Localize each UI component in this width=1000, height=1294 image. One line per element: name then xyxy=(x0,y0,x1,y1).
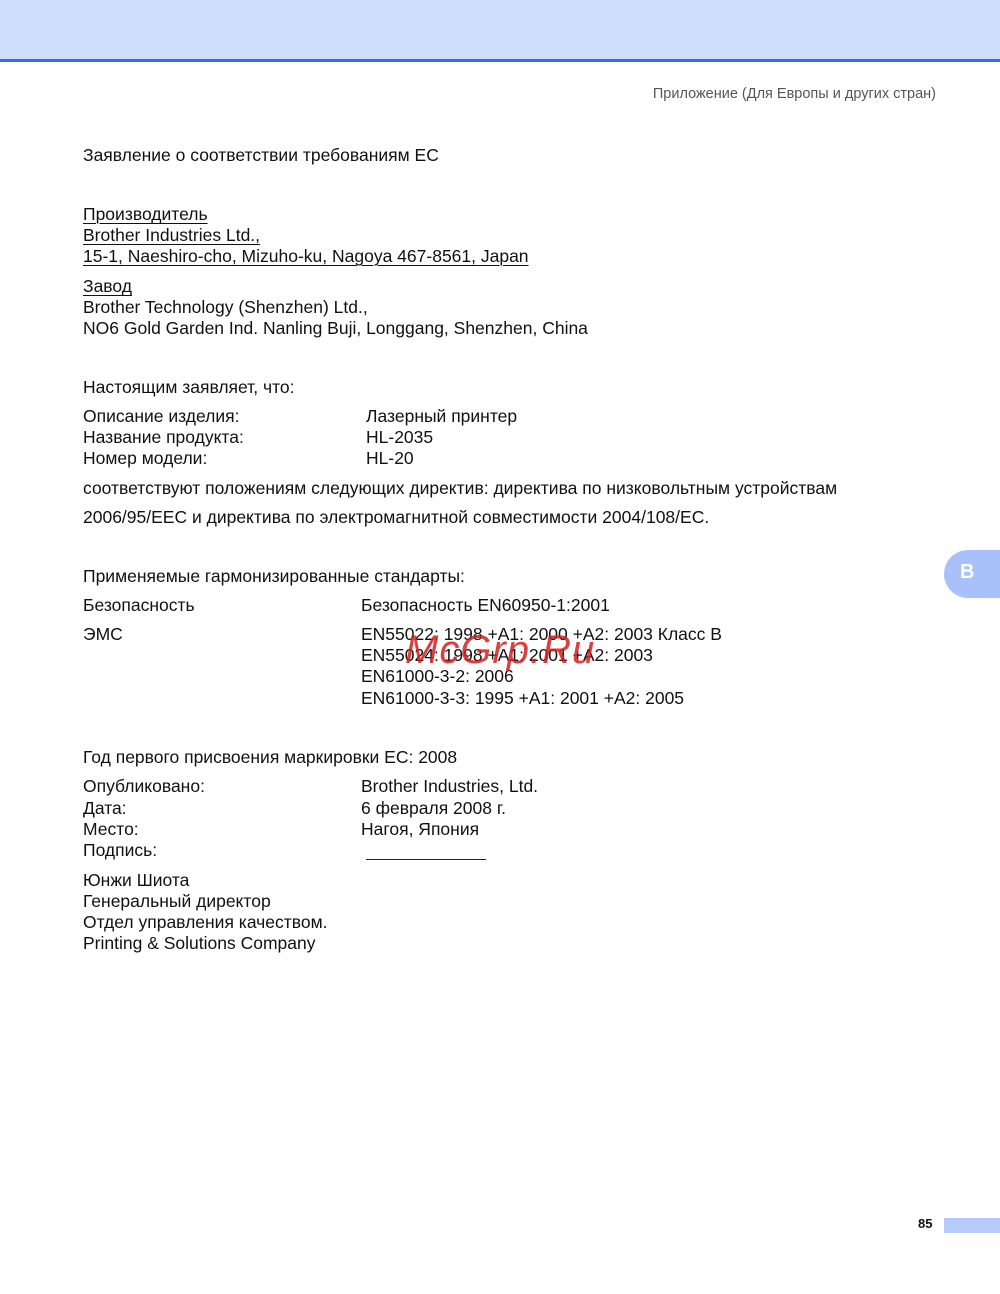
emc-label: ЭМС xyxy=(83,624,123,645)
standards-heading: Применяемые гармонизированные стандарты: xyxy=(83,566,465,587)
section-header: Приложение (Для Европы и других стран) xyxy=(653,86,936,102)
safety-label: Безопасность xyxy=(83,595,195,616)
manufacturer-line: Brother Industries Ltd., xyxy=(83,225,260,246)
page-number: 85 xyxy=(918,1216,932,1231)
page-title: Заявление о соответствии требованиям ЕС xyxy=(83,145,439,166)
declaration-label: Номер модели: xyxy=(83,448,207,469)
issued-label: Опубликовано: xyxy=(83,776,205,797)
issued-value: Brother Industries, Ltd. xyxy=(361,776,538,797)
appendix-tab: B xyxy=(944,550,1000,598)
signatory-line: Отдел управления качеством. xyxy=(83,912,328,933)
declaration-intro: Настоящим заявляет, что: xyxy=(83,377,295,398)
issued-label: Подпись: xyxy=(83,840,157,861)
conformity-line: соответствуют положениям следующих дирек… xyxy=(83,478,837,499)
manufacturer-heading: Производитель xyxy=(83,204,208,225)
factory-line: Brother Technology (Shenzhen) Ltd., xyxy=(83,297,368,318)
appendix-tab-label: B xyxy=(960,561,974,584)
declaration-value: HL-2035 xyxy=(366,427,433,448)
issued-label: Место: xyxy=(83,819,139,840)
declaration-label: Описание изделия: xyxy=(83,406,239,427)
issued-value: 6 февраля 2008 г. xyxy=(361,798,506,819)
safety-value: Безопасность EN60950-1:2001 xyxy=(361,595,610,616)
declaration-label: Название продукта: xyxy=(83,427,244,448)
watermark: McGrp.Ru xyxy=(405,628,595,673)
issued-label: Дата: xyxy=(83,798,127,819)
ce-year: Год первого присвоения маркировки ЕС: 20… xyxy=(83,747,457,768)
factory-heading: Завод xyxy=(83,276,132,297)
declaration-value: Лазерный принтер xyxy=(366,406,517,427)
manufacturer-line: 15-1, Naeshiro-cho, Mizuho-ku, Nagoya 46… xyxy=(83,246,529,267)
declaration-value: HL-20 xyxy=(366,448,414,469)
issued-value: Нагоя, Япония xyxy=(361,819,479,840)
page-number-bar xyxy=(944,1218,1000,1233)
signatory-line: Printing & Solutions Company xyxy=(83,933,315,954)
factory-line: NO6 Gold Garden Ind. Nanling Buji, Longg… xyxy=(83,318,588,339)
emc-value: EN61000-3-3: 1995 +A1: 2001 +A2: 2005 xyxy=(361,688,684,709)
signatory-line: Юнжи Шиота xyxy=(83,870,189,891)
header-band xyxy=(0,0,1000,62)
signatory-line: Генеральный директор xyxy=(83,891,271,912)
conformity-line: 2006/95/EEC и директива по электромагнит… xyxy=(83,507,709,528)
signature-line xyxy=(366,859,486,860)
